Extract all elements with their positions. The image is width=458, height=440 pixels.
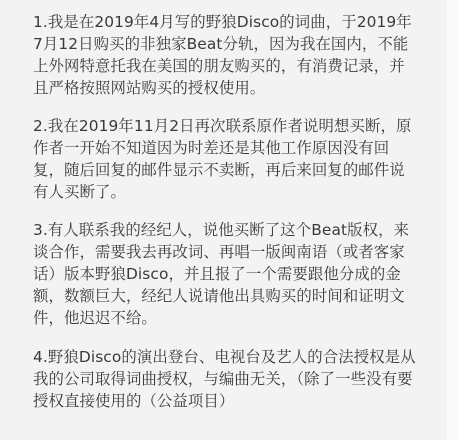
- paragraph-2: 2.我在2019年11月2日再次联系原作者说明想买断，原作者一开始不知道因为时差…: [33, 115, 419, 203]
- paragraph-3: 3.有人联系我的经纪人，说他买断了这个Beat版权，来谈合作，需要我去再改词、再…: [33, 219, 419, 329]
- right-margin-strip: [447, 0, 458, 440]
- paragraph-4: 4.野狼Disco的演出登台、电视台及艺人的合法授权是从我的公司取得词曲授权，与…: [33, 346, 419, 412]
- statement-body: 1.我是在2019年4月写的野狼Disco的词曲，于2019年7月12日购买的非…: [33, 11, 419, 429]
- paragraph-1: 1.我是在2019年4月写的野狼Disco的词曲，于2019年7月12日购买的非…: [33, 11, 419, 99]
- statement-document: 1.我是在2019年4月写的野狼Disco的词曲，于2019年7月12日购买的非…: [0, 0, 458, 440]
